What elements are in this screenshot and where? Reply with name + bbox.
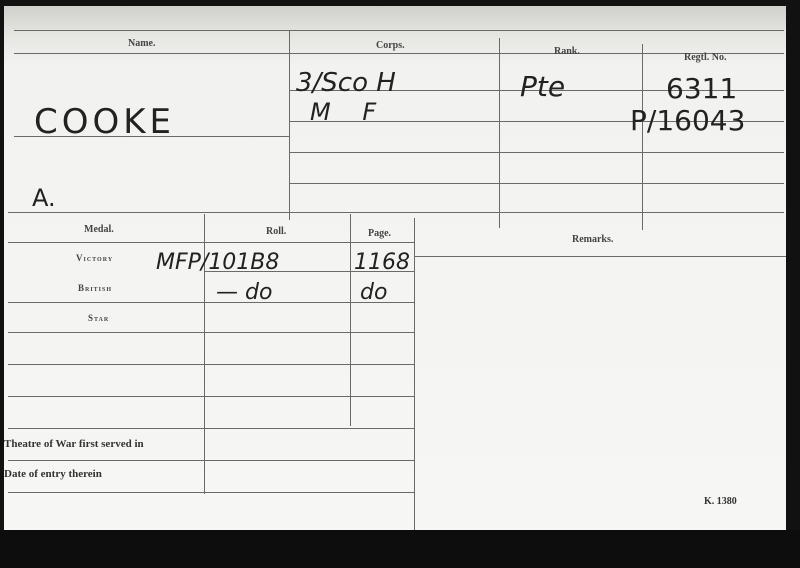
divider	[642, 44, 643, 230]
divider	[289, 152, 784, 153]
divider	[8, 302, 414, 303]
divider	[8, 212, 784, 213]
regtl-no-header: Regtl. No.	[684, 52, 727, 63]
scan-border	[0, 530, 800, 568]
divider	[14, 30, 784, 31]
divider	[8, 332, 414, 333]
form-number: K. 1380	[704, 496, 737, 507]
divider	[8, 460, 414, 461]
surname: COOKE	[34, 102, 175, 142]
remarks-header: Remarks.	[572, 234, 613, 245]
corps-line-2: M F	[310, 98, 388, 126]
victory-roll: MFP/101B8	[156, 250, 279, 275]
divider	[289, 30, 290, 220]
medal-index-card: Name. Corps. Rank. Regtl. No. COOKE A. 3…	[4, 6, 786, 530]
divider	[414, 218, 415, 530]
divider	[14, 53, 784, 54]
theatre-label: Theatre of War first served in	[4, 438, 144, 450]
victory-page: 1168	[354, 250, 410, 275]
name-header: Name.	[128, 38, 156, 49]
divider	[8, 396, 414, 397]
roll-header: Roll.	[266, 226, 286, 237]
medal-header: Medal.	[84, 224, 114, 235]
divider	[8, 428, 414, 429]
divider	[8, 364, 414, 365]
british-page: do	[360, 280, 387, 305]
rank-header: Rank.	[554, 46, 580, 57]
regtl-no-2: P/16043	[630, 104, 745, 137]
divider	[414, 256, 786, 257]
initial: A.	[32, 184, 56, 212]
corps-line-1: 3/Sco H	[296, 68, 396, 98]
divider	[350, 214, 351, 426]
corps-header: Corps.	[376, 40, 405, 51]
divider	[499, 38, 500, 228]
british-roll: — do	[216, 280, 272, 305]
date-label: Date of entry therein	[4, 468, 102, 480]
divider	[8, 492, 414, 493]
regtl-no-1: 6311	[666, 72, 737, 105]
divider	[8, 242, 414, 243]
medal-british: British	[78, 283, 112, 293]
medal-star: Star	[88, 313, 109, 323]
divider	[289, 183, 784, 184]
medal-victory: Victory	[76, 253, 113, 263]
page-header: Page.	[368, 228, 391, 239]
rank-value: Pte	[520, 70, 565, 103]
